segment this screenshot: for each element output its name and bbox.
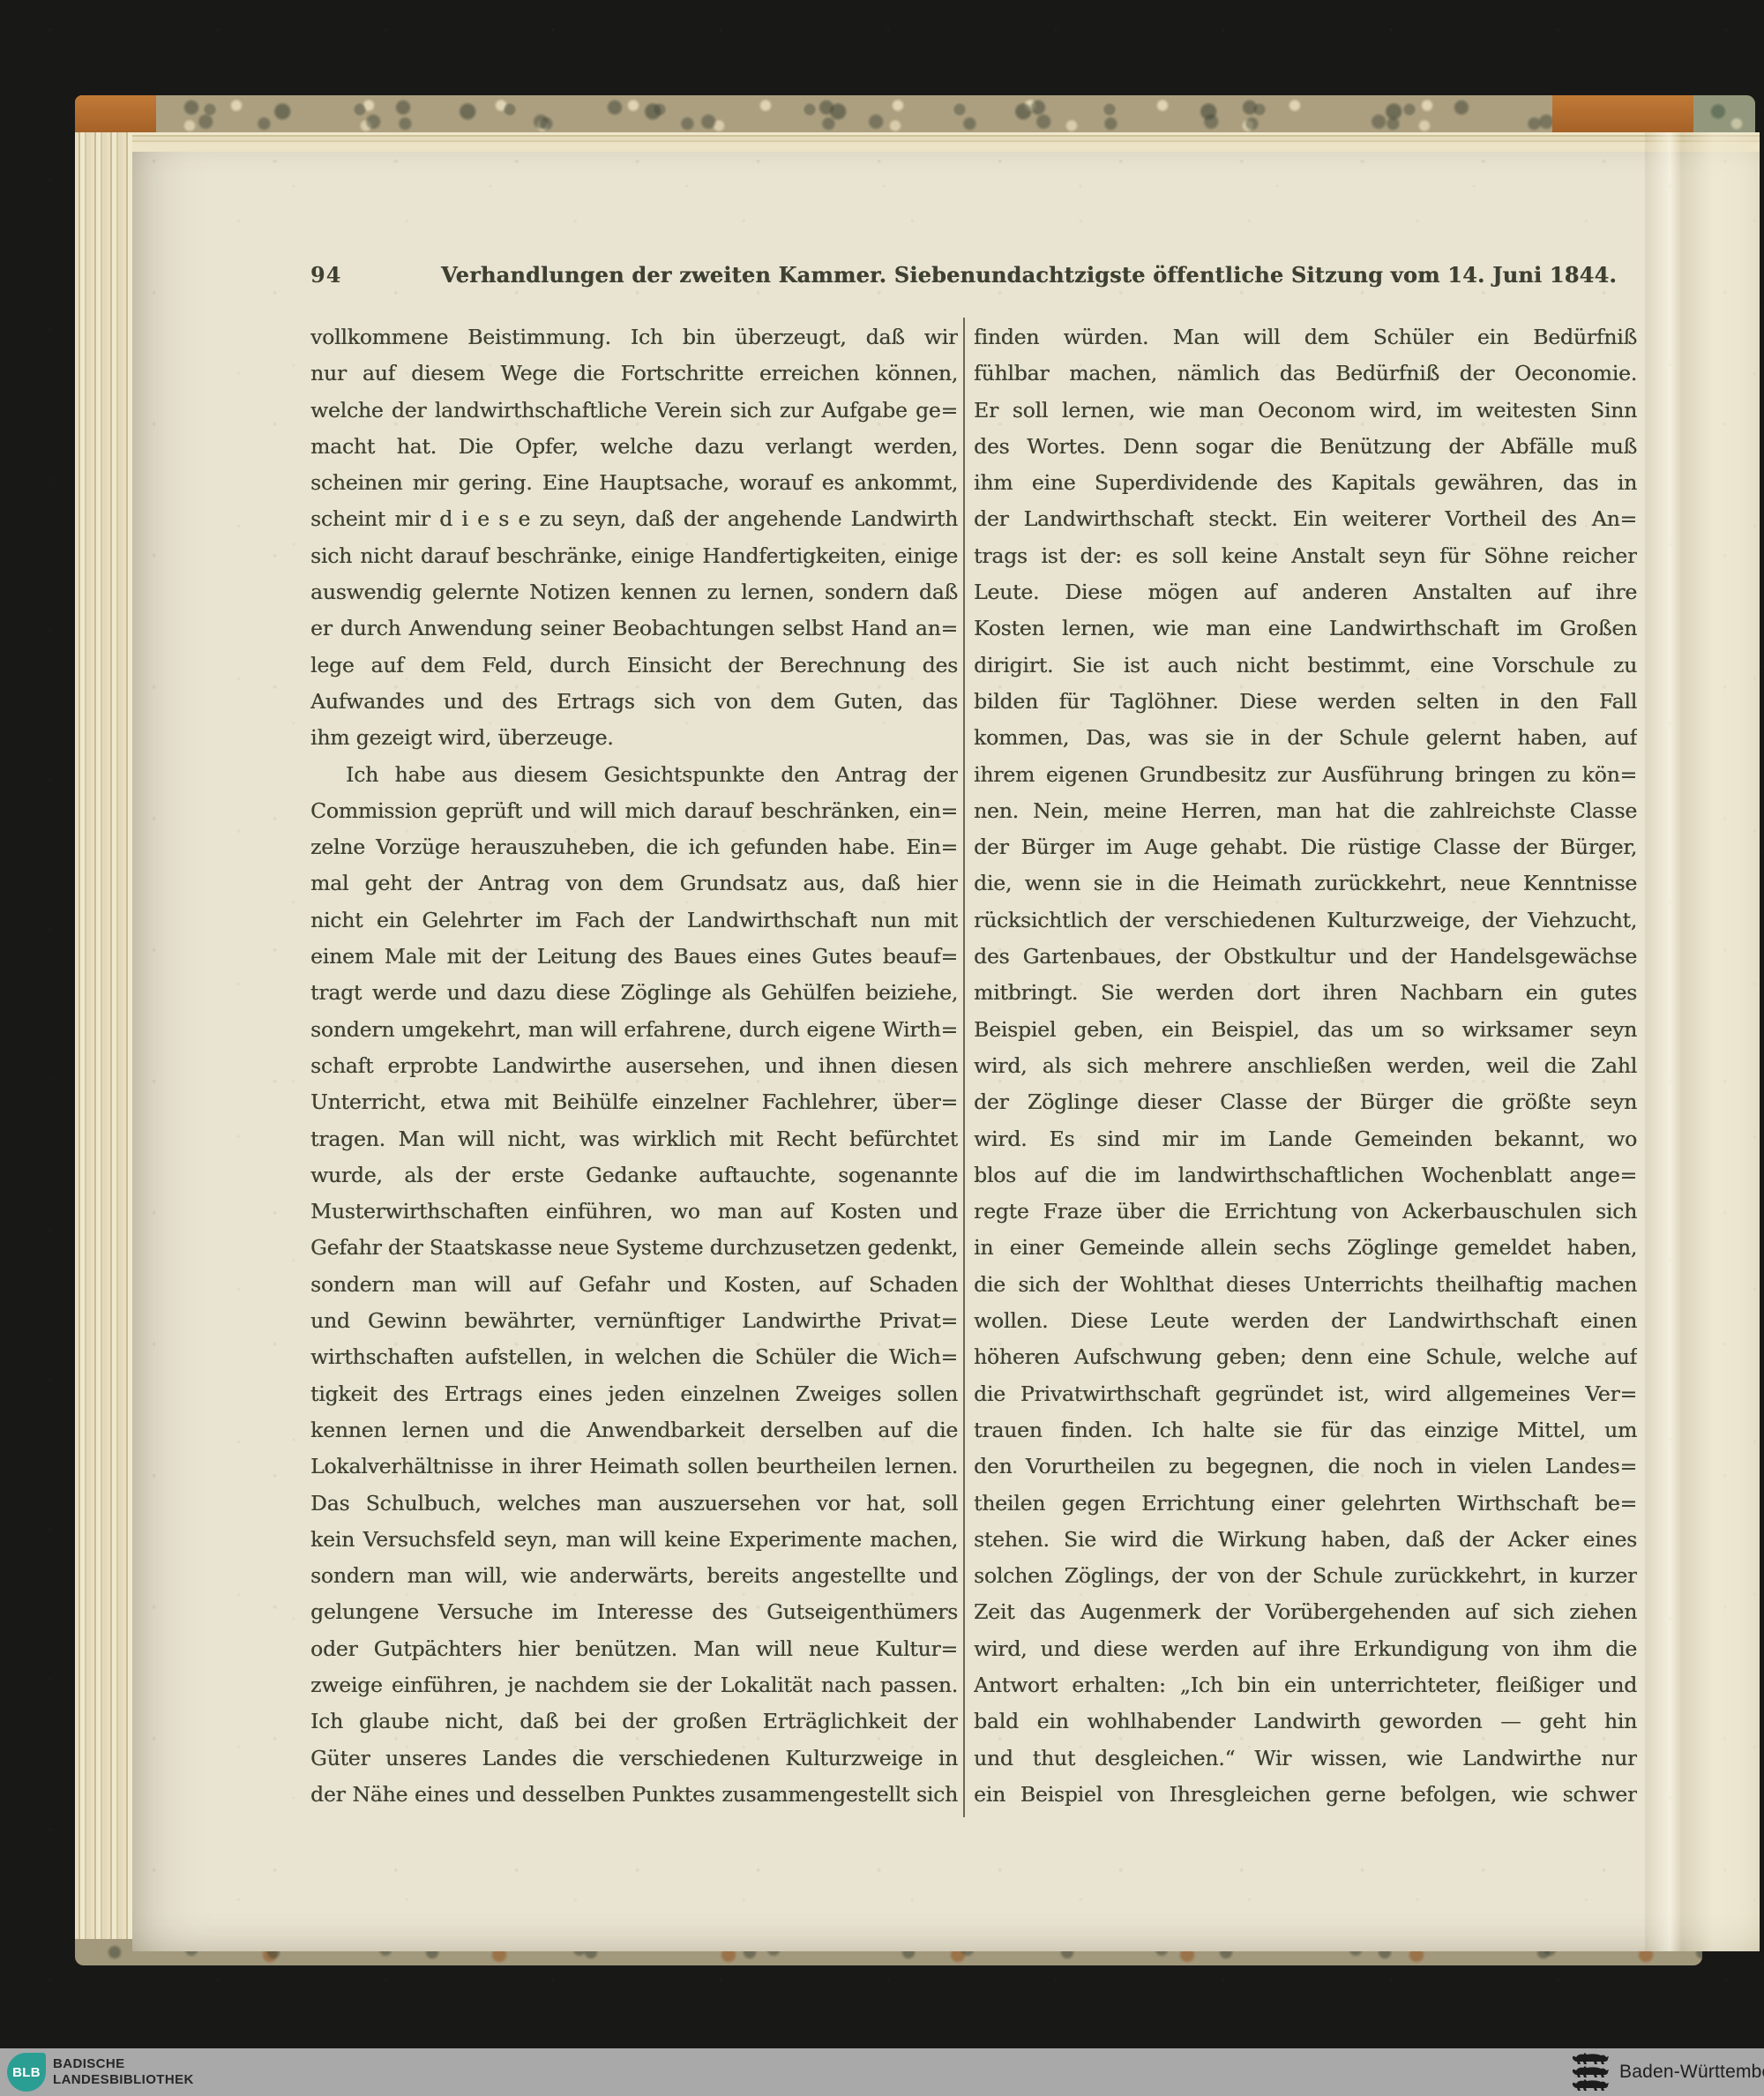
text-line: sondern man will, wie anderwärts, bereit… [310, 1558, 958, 1594]
text-line: macht hat. Die Opfer, welche dazu verlan… [310, 429, 958, 465]
text-line: finden würden. Man will dem Schüler ein … [974, 319, 1637, 356]
text-line: ihm gezeigt wird, überzeuge. [310, 720, 958, 756]
text-line: der Nähe eines und desselben Punktes zus… [310, 1777, 958, 1813]
book-board-top-marbled-edge [75, 95, 1755, 136]
text-line: tragt werde und dazu diese Zöglinge als … [310, 975, 958, 1011]
text-line: Er soll lernen, wie man Oeconom wird, im… [974, 393, 1637, 429]
text-line: trags ist der: es soll keine Anstalt sey… [974, 538, 1637, 574]
text-line: sondern umgekehrt, man will erfahrene, d… [310, 1012, 958, 1048]
text-line: vollkommene Beistimmung. Ich bin überzeu… [310, 319, 958, 356]
text-line: scheinen mir gering. Eine Hauptsache, wo… [310, 465, 958, 501]
text-line: Kosten lernen, wie man eine Landwirthsch… [974, 610, 1637, 647]
text-line: und Gewinn bewährter, vernünftiger Landw… [310, 1303, 958, 1339]
library-name: BADISCHE LANDESBIBLIOTHEK [53, 2056, 194, 2088]
leather-corner-left [75, 95, 156, 136]
text-line: stehen. Sie wird die Wirkung haben, daß … [974, 1522, 1637, 1558]
photo-background: { "page": { "number": "94", "header_titl… [0, 0, 1764, 2096]
text-line: Antwort erhalten: „Ich bin ein unterrich… [974, 1667, 1637, 1703]
text-line: der Zöglinge dieser Classe der Bürger di… [974, 1084, 1637, 1120]
text-line: theilen gegen Errichtung einer gelehrten… [974, 1486, 1637, 1522]
text-line: wird, und diese werden auf ihre Erkundig… [974, 1631, 1637, 1667]
text-line: ihrem eigenen Grundbesitz zur Ausführung… [974, 757, 1637, 793]
text-line: solchen Zöglings, der von der Schule zur… [974, 1558, 1637, 1594]
page-stack-top-edge [132, 132, 1760, 152]
text-line: Aufwandes und des Ertrags sich von dem G… [310, 684, 958, 720]
text-line: mal geht der Antrag von dem Grundsatz au… [310, 865, 958, 902]
text-line: sich nicht darauf beschränke, einige Han… [310, 538, 958, 574]
library-name-line1: BADISCHE [53, 2056, 194, 2072]
text-line: die Privatwirthschaft gegründet ist, wir… [974, 1376, 1637, 1412]
text-line: kommen, Das, was sie in der Schule geler… [974, 720, 1637, 756]
text-line: nur auf diesem Wege die Fortschritte err… [310, 356, 958, 392]
text-line: in einer Gemeinde allein sechs Zöglinge … [974, 1230, 1637, 1266]
text-line: Commission geprüft und will mich darauf … [310, 793, 958, 829]
text-line: des Wortes. Denn sogar die Benützung der… [974, 429, 1637, 465]
text-line: tragen. Man will nicht, was wirklich mit… [310, 1121, 958, 1157]
text-line: einem Male mit der Leitung des Baues ein… [310, 939, 958, 975]
leather-corner-right [1552, 95, 1693, 136]
text-line: Leute. Diese mögen auf anderen Anstalten… [974, 574, 1637, 610]
page-stack-left-edge [75, 132, 137, 1951]
page-right-fold-crease [1645, 132, 1760, 1951]
text-line: Das Schulbuch, welches man auszuersehen … [310, 1486, 958, 1522]
text-line: dirigirt. Sie ist auch nicht bestimmt, e… [974, 648, 1637, 684]
text-line: gelungene Versuche im Interesse des Guts… [310, 1594, 958, 1630]
text-line: kennen lernen und die Anwendbarkeit ders… [310, 1412, 958, 1448]
text-line: fühlbar machen, nämlich das Bedürfniß de… [974, 356, 1637, 392]
text-line: kein Versuchsfeld seyn, man will keine E… [310, 1522, 958, 1558]
text-line: Gefahr der Staatskasse neue Systeme durc… [310, 1230, 958, 1266]
text-line: bald ein wohlhabender Landwirth geworden… [974, 1703, 1637, 1740]
blb-logo: BLB [7, 2053, 46, 2092]
blb-logo-abbr: BLB [12, 2065, 41, 2080]
text-line: wird, als sich mehrere anschließen werde… [974, 1048, 1637, 1084]
page-number: 94 [310, 262, 341, 288]
text-line: wirthschaften aufstellen, in welchen die… [310, 1339, 958, 1375]
text-line: blos auf die im landwirthschaftlichen Wo… [974, 1157, 1637, 1194]
text-line: Unterricht, etwa mit Beihülfe einzelner … [310, 1084, 958, 1120]
text-line: wurde, als der erste Gedanke auftauchte,… [310, 1157, 958, 1194]
text-line: und thut desgleichen.“ Wir wissen, wie L… [974, 1740, 1637, 1777]
text-line: oder Gutpächters hier benützen. Man will… [310, 1631, 958, 1667]
text-line: er durch Anwendung seiner Beobachtungen … [310, 610, 958, 647]
text-line: schaft erprobte Landwirthe ausersehen, u… [310, 1048, 958, 1084]
text-line: Beispiel geben, ein Beispiel, das um so … [974, 1012, 1637, 1048]
text-line: die sich der Wohlthat dieses Unterrichts… [974, 1267, 1637, 1303]
text-line: wollen. Diese Leute werden der Landwirth… [974, 1303, 1637, 1339]
text-line: tigkeit des Ertrags eines jeden einzelne… [310, 1376, 958, 1412]
library-name-line2: LANDESBIBLIOTHEK [53, 2072, 194, 2088]
text-line: nicht ein Gelehrter im Fach der Landwirt… [310, 902, 958, 939]
text-line: mitbringt. Sie werden dort ihren Nachbar… [974, 975, 1637, 1011]
text-line: ein Beispiel von Ihresgleichen gerne bef… [974, 1777, 1637, 1813]
text-line: trauen finden. Ich halte sie für das ein… [974, 1412, 1637, 1448]
text-line: wird. Es sind mir im Lande Gemeinden bek… [974, 1121, 1637, 1157]
page-title: Verhandlungen der zweiten Kammer. Sieben… [441, 262, 1617, 288]
text-line: bilden für Taglöhner. Diese werden selte… [974, 684, 1637, 720]
viewer-footer-bar: BLB BADISCHE LANDESBIBLIOTHEK Baden-Würt… [0, 2048, 1764, 2096]
text-line: Ich habe aus diesem Gesichtspunkte den A… [310, 757, 958, 793]
text-line: Zeit das Augenmerk der Vorübergehenden a… [974, 1594, 1637, 1630]
text-line: der Landwirthschaft steckt. Ein weiterer… [974, 501, 1637, 537]
text-line: den Vorurtheilen zu begegnen, die noch i… [974, 1448, 1637, 1485]
text-line: nen. Nein, meine Herren, man hat die zah… [974, 793, 1637, 829]
text-line: der Bürger im Auge gehabt. Die rüstige C… [974, 829, 1637, 865]
text-line: des Gartenbaues, der Obstkultur und der … [974, 939, 1637, 975]
text-line: Musterwirthschaften einführen, wo man au… [310, 1194, 958, 1230]
text-line: scheint mir d i e s e zu seyn, daß der a… [310, 501, 958, 537]
text-line: rücksichtlich der verschiedenen Kulturzw… [974, 902, 1637, 939]
text-line: Ich glaube nicht, daß bei der großen Ert… [310, 1703, 958, 1740]
text-line: sondern man will auf Gefahr und Kosten, … [310, 1267, 958, 1303]
text-line: Lokalverhältnisse in ihrer Heimath solle… [310, 1448, 958, 1485]
text-line: ihm eine Superdividende des Kapitals gew… [974, 465, 1637, 501]
text-line: regte Fraze über die Errichtung von Acke… [974, 1194, 1637, 1230]
text-line: auswendig gelernte Notizen kennen zu ler… [310, 574, 958, 610]
state-logo-group: Baden-Württemberg [1572, 2048, 1764, 2096]
column-divider-rule [963, 318, 965, 1817]
state-label: Baden-Württemberg [1619, 2062, 1764, 2083]
column-left: vollkommene Beistimmung. Ich bin überzeu… [310, 319, 958, 1813]
text-line: Güter unseres Landes die verschiedenen K… [310, 1740, 958, 1777]
text-line: die, wenn sie in die Heimath zurückkehrt… [974, 865, 1637, 902]
text-line: zweige einführen, je nachdem sie der Lok… [310, 1667, 958, 1703]
column-right: finden würden. Man will dem Schüler ein … [974, 319, 1637, 1813]
text-line: zelne Vorzüge herauszuheben, die ich gef… [310, 829, 958, 865]
adjacent-board-edge [1693, 95, 1755, 136]
baden-wuerttemberg-lions-icon [1572, 2052, 1611, 2092]
text-line: höheren Aufschwung geben; denn eine Schu… [974, 1339, 1637, 1375]
text-line: welche der landwirthschaftliche Verein s… [310, 393, 958, 429]
text-line: lege auf dem Feld, durch Einsicht der Be… [310, 648, 958, 684]
